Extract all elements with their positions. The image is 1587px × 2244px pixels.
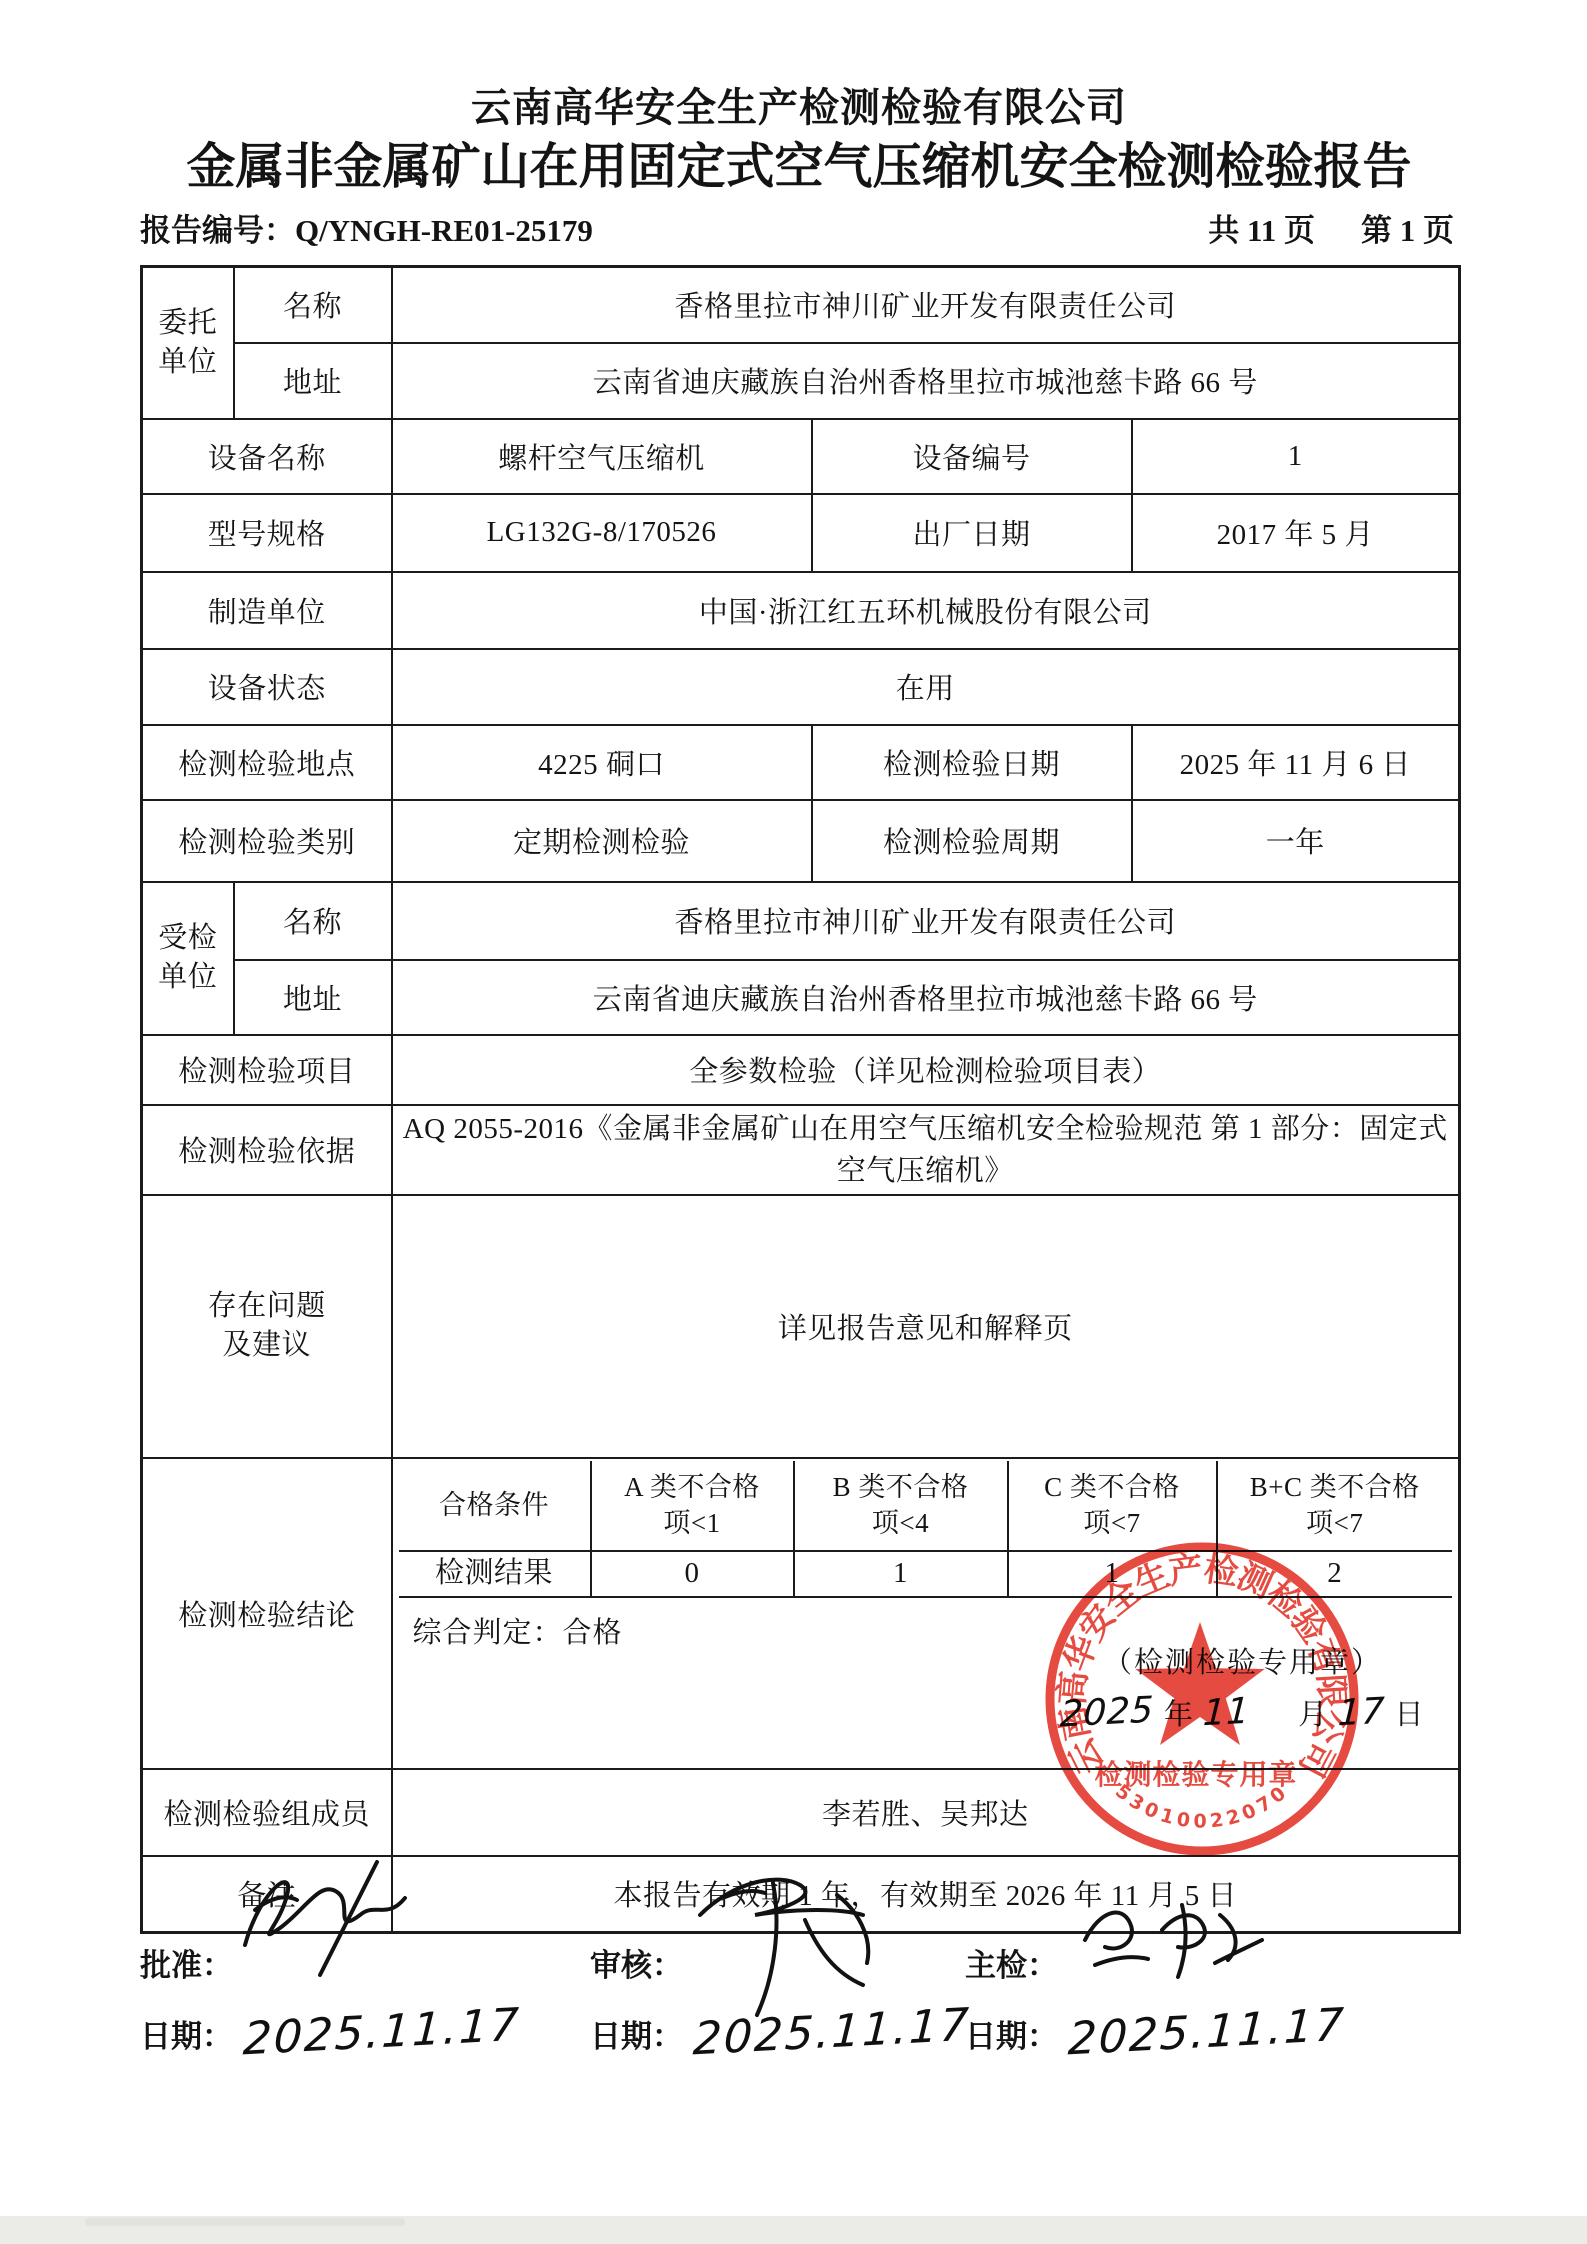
device-name-value: 螺杆空气压缩机 xyxy=(392,419,812,494)
place-label: 检测检验地点 xyxy=(142,725,392,800)
type-value: 定期检测检验 xyxy=(392,800,812,882)
approve-label: 批准： xyxy=(140,1940,233,1985)
client-group-label: 委托 单位 xyxy=(142,267,234,419)
criteria-col-c: C 类不合格项<7 xyxy=(1009,1461,1218,1552)
review-column: 审核： 日期：2025.11.17 xyxy=(590,1870,1030,2110)
cycle-label: 检测检验周期 xyxy=(812,800,1132,882)
result-bc: 2 xyxy=(1218,1552,1453,1598)
table-row: 检测检验结论 合格条件 A 类不合格项<1 B 类不合格项<4 C 类不合格项<… xyxy=(142,1458,1460,1769)
total-pages: 共 11 页 xyxy=(1208,213,1315,248)
approve-date-row: 日期：2025.11.17 xyxy=(140,2005,521,2058)
table-row: 制造单位 中国·浙江红五环机械股份有限公司 xyxy=(142,572,1460,649)
approve-date: 2025.11.17 xyxy=(242,1998,522,2066)
table-row: 检测检验地点 4225 硐口 检测检验日期 2025 年 11 月 6 日 xyxy=(142,725,1460,800)
items-value: 全参数检验（详见检测检验项目表） xyxy=(392,1035,1460,1105)
table-row: 型号规格 LG132G-8/170526 出厂日期 2017 年 5 月 xyxy=(142,494,1460,572)
table-row: 检测检验组成员 李若胜、吴邦达 xyxy=(142,1769,1460,1856)
table-row: 检测检验依据 AQ 2055-2016《金属非金属矿山在用空气压缩机安全检验规范… xyxy=(142,1105,1460,1195)
type-label: 检测检验类别 xyxy=(142,800,392,882)
client-addr-label: 地址 xyxy=(234,343,392,419)
device-name-label: 设备名称 xyxy=(142,419,392,494)
insp-date-value: 2025 年 11 月 6 日 xyxy=(1132,725,1460,800)
device-no-label: 设备编号 xyxy=(812,419,1132,494)
device-no-value: 1 xyxy=(1132,419,1460,494)
chief-column: 主检： 日期：2025.11.17 xyxy=(965,1870,1405,2110)
table-row: 设备状态 在用 xyxy=(142,649,1460,725)
review-date-row: 日期：2025.11.17 xyxy=(590,2005,971,2058)
table-row: 检测检验类别 定期检测检验 检测检验周期 一年 xyxy=(142,800,1460,882)
mfg-date-value: 2017 年 5 月 xyxy=(1132,494,1460,572)
client-name-value: 香格里拉市神川矿业开发有限责任公司 xyxy=(392,267,1460,343)
inspected-group-label: 受检 单位 xyxy=(142,882,234,1035)
mfg-date-label: 出厂日期 xyxy=(812,494,1132,572)
status-label: 设备状态 xyxy=(142,649,392,725)
report-number: 报告编号：Q/YNGH-RE01-25179 xyxy=(140,205,593,250)
team-label: 检测检验组成员 xyxy=(142,1769,392,1856)
conclusion-criteria-table: 合格条件 A 类不合格项<1 B 类不合格项<4 C 类不合格项<7 B+C 类… xyxy=(399,1461,1453,1598)
seal-date-line: 2025年11月17日 xyxy=(1056,1692,1430,1733)
basis-label: 检测检验依据 xyxy=(142,1105,392,1195)
table-row: 设备名称 螺杆空气压缩机 设备编号 1 xyxy=(142,419,1460,494)
criteria-col-a: A 类不合格项<1 xyxy=(592,1461,795,1552)
result-a: 0 xyxy=(592,1552,795,1598)
inspected-name-value: 香格里拉市神川矿业开发有限责任公司 xyxy=(392,882,1460,960)
model-value: LG132G-8/170526 xyxy=(392,494,812,572)
seal-note: （检测检验专用章） xyxy=(1103,1640,1382,1681)
review-date: 2025.11.17 xyxy=(692,1998,972,2066)
verdict-area: 综合判定：合格 （检测检验专用章） 2025年11月17日 xyxy=(399,1598,1453,1766)
place-value: 4225 硐口 xyxy=(392,725,812,800)
reviewer-signature xyxy=(685,1855,920,2025)
scanner-smudge xyxy=(85,2218,405,2226)
table-row: 检测检验项目 全参数检验（详见检测检验项目表） xyxy=(142,1035,1460,1105)
insp-date-label: 检测检验日期 xyxy=(812,725,1132,800)
result-b: 1 xyxy=(795,1552,1009,1598)
conclusion-label: 检测检验结论 xyxy=(142,1458,392,1769)
signature-block: 批准： 日期：2025.11.17 审核： 日期：2025.11.17 xyxy=(140,1870,1470,2110)
table-row: 委托 单位 名称 香格里拉市神川矿业开发有限责任公司 xyxy=(142,267,1460,343)
client-addr-value: 云南省迪庆藏族自治州香格里拉市城池慈卡路 66 号 xyxy=(392,343,1460,419)
table-row: 地址 云南省迪庆藏族自治州香格里拉市城池慈卡路 66 号 xyxy=(142,343,1460,419)
team-value: 李若胜、吴邦达 xyxy=(392,1769,1460,1856)
current-page: 第 1 页 xyxy=(1361,213,1454,248)
items-label: 检测检验项目 xyxy=(142,1035,392,1105)
seal-date-day: 17 xyxy=(1337,1690,1386,1734)
seal-date-year: 2025 xyxy=(1059,1689,1155,1735)
criteria-col-b: B 类不合格项<4 xyxy=(795,1461,1009,1552)
report-number-value: Q/YNGH-RE01-25179 xyxy=(295,213,593,248)
maker-label: 制造单位 xyxy=(142,572,392,649)
table-row: 存在问题 及建议 详见报告意见和解释页 xyxy=(142,1195,1460,1458)
basis-value: AQ 2055-2016《金属非金属矿山在用空气压缩机安全检验规范 第 1 部分… xyxy=(392,1105,1460,1195)
report-table: 委托 单位 名称 香格里拉市神川矿业开发有限责任公司 地址 云南省迪庆藏族自治州… xyxy=(140,265,1461,1934)
seal-date-month: 11 xyxy=(1202,1690,1251,1734)
table-row: 地址 云南省迪庆藏族自治州香格里拉市城池慈卡路 66 号 xyxy=(142,960,1460,1035)
cycle-value: 一年 xyxy=(1132,800,1460,882)
report-page: 云南高华安全生产检测检验有限公司 金属非金属矿山在用固定式空气压缩机安全检测检验… xyxy=(0,0,1587,2244)
client-name-label: 名称 xyxy=(234,267,392,343)
result-c: 1 xyxy=(1009,1552,1218,1598)
inspected-addr-value: 云南省迪庆藏族自治州香格里拉市城池慈卡路 66 号 xyxy=(392,960,1460,1035)
verdict-text: 综合判定：合格 xyxy=(413,1610,623,1651)
chief-label: 主检： xyxy=(965,1940,1058,1985)
chief-date: 2025.11.17 xyxy=(1067,1998,1347,2066)
problems-label: 存在问题 及建议 xyxy=(142,1195,392,1458)
approver-signature xyxy=(225,1850,435,1985)
problems-value: 详见报告意见和解释页 xyxy=(392,1195,1460,1458)
report-number-label: 报告编号： xyxy=(140,213,295,248)
model-label: 型号规格 xyxy=(142,494,392,572)
maker-value: 中国·浙江红五环机械股份有限公司 xyxy=(392,572,1460,649)
review-label: 审核： xyxy=(590,1940,683,1985)
result-row-label: 检测结果 xyxy=(399,1552,592,1598)
conclusion-cell: 合格条件 A 类不合格项<1 B 类不合格项<4 C 类不合格项<7 B+C 类… xyxy=(392,1458,1460,1769)
inspected-addr-label: 地址 xyxy=(234,960,392,1035)
chief-signature xyxy=(1070,1885,1275,1995)
chief-date-row: 日期：2025.11.17 xyxy=(965,2005,1346,2058)
pagination: 共 11 页第 1 页 xyxy=(1162,205,1454,250)
table-row: 受检 单位 名称 香格里拉市神川矿业开发有限责任公司 xyxy=(142,882,1460,960)
inspected-name-label: 名称 xyxy=(234,882,392,960)
criteria-col-bc: B+C 类不合格项<7 xyxy=(1218,1461,1453,1552)
criteria-header: 合格条件 xyxy=(399,1461,592,1552)
report-title: 金属非金属矿山在用固定式空气压缩机安全检测检验报告 xyxy=(110,128,1488,198)
company-name: 云南高华安全生产检测检验有限公司 xyxy=(140,76,1458,133)
status-value: 在用 xyxy=(392,649,1460,725)
approve-column: 批准： 日期：2025.11.17 xyxy=(140,1870,580,2110)
